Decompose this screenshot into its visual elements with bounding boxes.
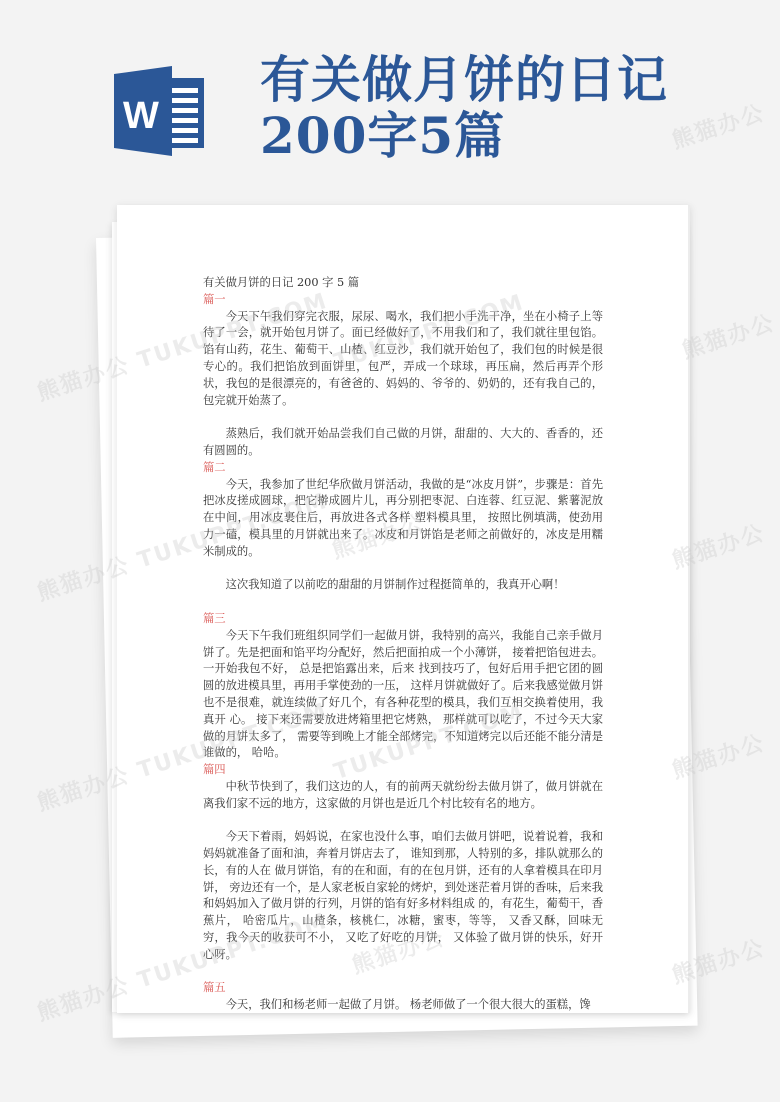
section-heading-4: 篇四 [203,762,603,779]
title-line-2: 200字5篇 [260,108,668,164]
page-title: 有关做月饼的日记 200字5篇 [260,52,668,164]
section-1-paragraph-1: 今天下午我们穿完衣服，尿尿、喝水，我们把小手洗干净，坐在小椅子上等待了一会，就开… [203,309,603,410]
section-2-paragraph-1: 今天，我参加了世纪华欣做月饼活动，我做的是“冰皮月饼”，步骤是：首先把冰皮搓成圆… [203,477,603,561]
section-heading-1: 篇一 [203,292,603,309]
svg-text:W: W [123,95,159,137]
document-page: 有关做月饼的日记 200 字 5 篇 篇一 今天下午我们穿完衣服，尿尿、喝水，我… [117,205,690,1013]
section-2-paragraph-2: 这次我知道了以前吃的甜甜的月饼制作过程挺简单的，我真开心啊！ [203,577,603,594]
document-title: 有关做月饼的日记 200 字 5 篇 [203,275,603,292]
section-1-paragraph-2: 蒸熟后，我们就开始品尝我们自己做的月饼，甜甜的、大大的、香香的，还有圆圆的。 [203,426,603,460]
word-document-icon: W [108,66,208,156]
section-4-paragraph-1: 中秋节快到了，我们这边的人，有的前两天就纷纷去做月饼了，做月饼就在离我们家不远的… [203,779,603,813]
watermark: 熊猫办公 [678,306,779,365]
section-heading-3: 篇三 [203,611,603,628]
section-heading-2: 篇二 [203,460,603,477]
section-5-paragraph-1: 今天，我们和杨老师一起做了月饼。 杨老师做了一个很大很大的蛋糕，馋 [203,997,603,1014]
title-line-1: 有关做月饼的日记 [260,52,668,108]
document-body: 有关做月饼的日记 200 字 5 篇 篇一 今天下午我们穿完衣服，尿尿、喝水，我… [203,275,603,1014]
header-banner: W 有关做月饼的日记 200字5篇 [0,0,780,190]
section-4-paragraph-2: 今天下着雨，妈妈说，在家也没什么事，咱们去做月饼吧，说着说着，我和妈妈就准备了面… [203,829,603,963]
section-3-paragraph-1: 今天下午我们班组织同学们一起做月饼，我特别的高兴，我能自己亲手做月饼了。先是把面… [203,628,603,762]
section-heading-5: 篇五 [203,980,603,997]
